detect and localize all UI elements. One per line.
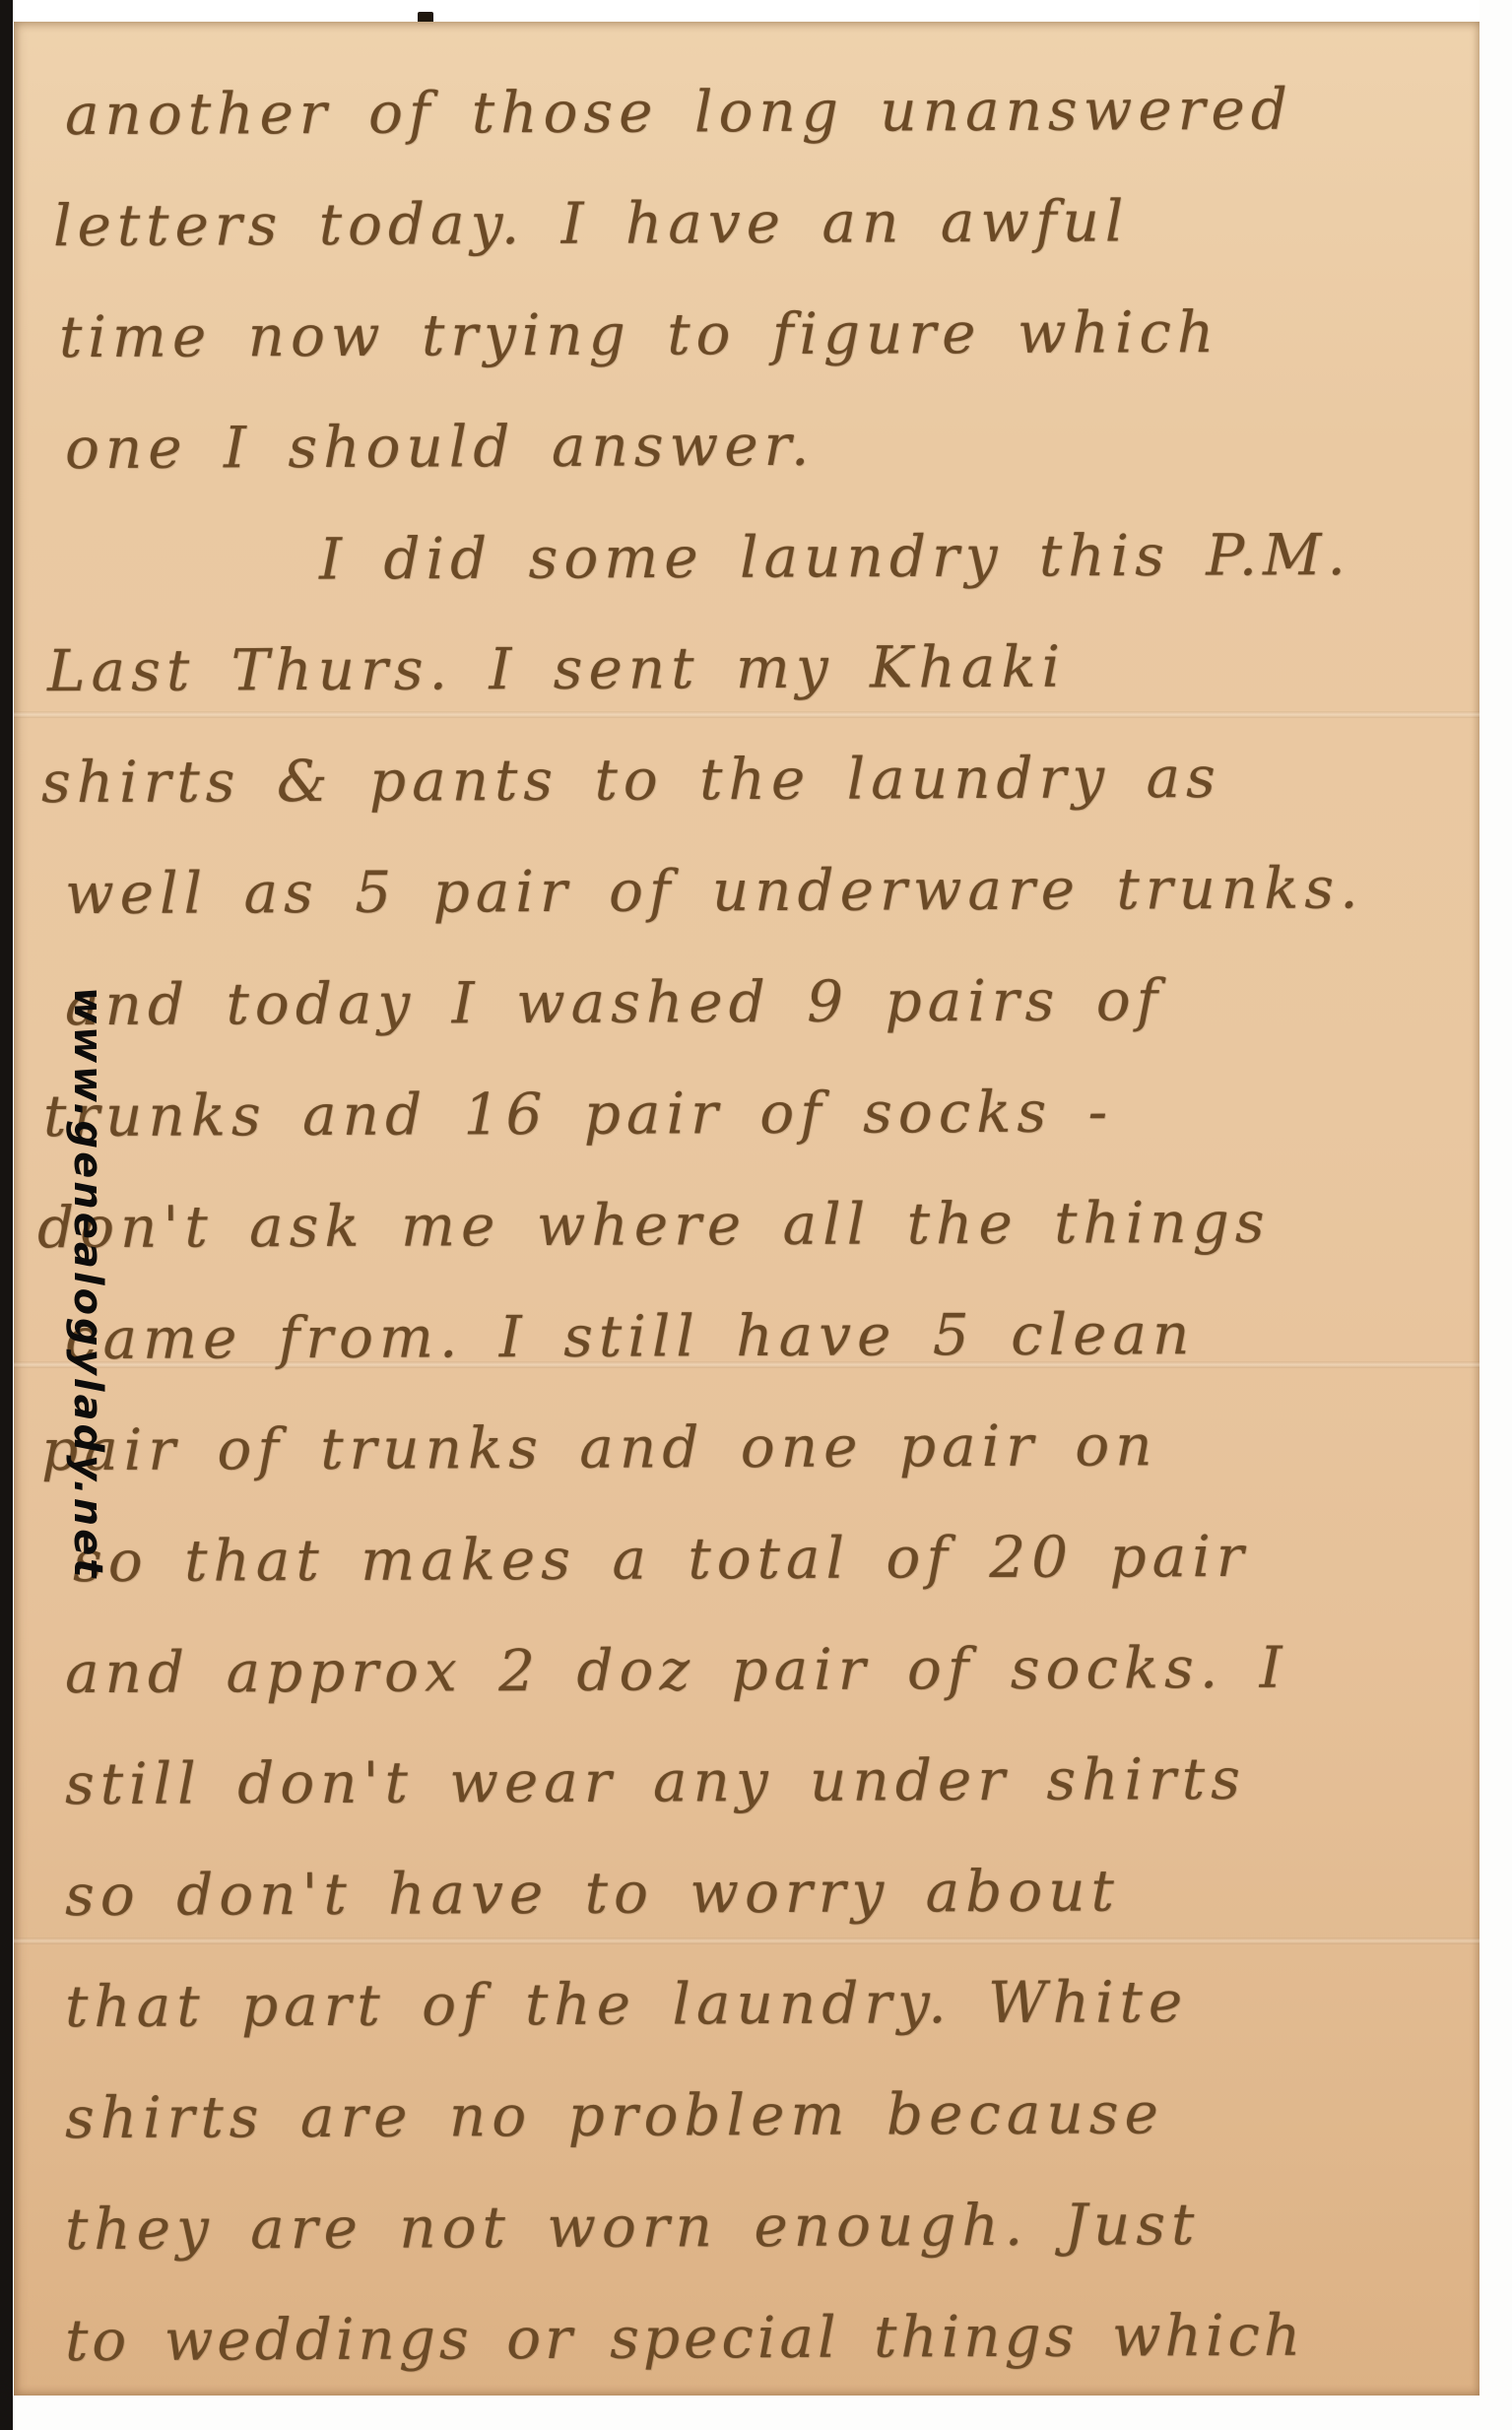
letter-line: so don't have to worry about	[65, 1833, 1479, 1950]
scanner-edge-bar	[0, 0, 13, 2430]
letter-page: another of those long unanswered letters…	[14, 22, 1479, 2396]
letter-line: don't ask me where all the things	[37, 1165, 1479, 1282]
letter-line: well as 5 pair of underware trunks.	[65, 831, 1479, 949]
letter-line: trunks and 16 pair of socks -	[43, 1054, 1479, 1171]
letter-line: so that makes a total of 20 pair	[73, 1499, 1479, 1616]
watermark-text: www.genealogylady.net	[65, 987, 110, 1580]
letter-line: Last Thurs. I sent my Khaki	[47, 609, 1479, 726]
letter-line: another of those long unanswered	[65, 52, 1479, 169]
scan-margin-bottom	[13, 2396, 1512, 2430]
letter-line: I did some laundry this P.M.	[319, 497, 1479, 614]
scan-margin-right	[1479, 0, 1512, 2430]
letter-line: and today I washed 9 pairs of	[65, 943, 1479, 1060]
letter-line: they are not worn enough. Just	[65, 2167, 1479, 2284]
letter-line: shirts & pants to the laundry as	[41, 720, 1479, 837]
letter-line: still don't wear any under shirts	[65, 1722, 1479, 1839]
letter-line: to weddings or special things which	[65, 2278, 1479, 2396]
letter-line: came from. I still have 5 clean	[65, 1277, 1479, 1394]
letter-line: letters today. I have an awful	[53, 164, 1479, 281]
letter-line: one I should answer.	[65, 386, 1479, 503]
letter-line: and approx 2 doz pair of socks. I	[65, 1610, 1479, 1728]
letter-line: that part of the laundry. White	[65, 1944, 1479, 2062]
letter-line: pair of trunks and one pair on	[41, 1388, 1479, 1505]
letter-line: time now trying to figure which	[59, 275, 1479, 392]
letter-line: shirts are no problem because	[65, 2056, 1479, 2173]
letter-body: another of those long unanswered letters…	[14, 22, 1479, 2393]
scanned-letter: another of those long unanswered letters…	[0, 0, 1512, 2430]
